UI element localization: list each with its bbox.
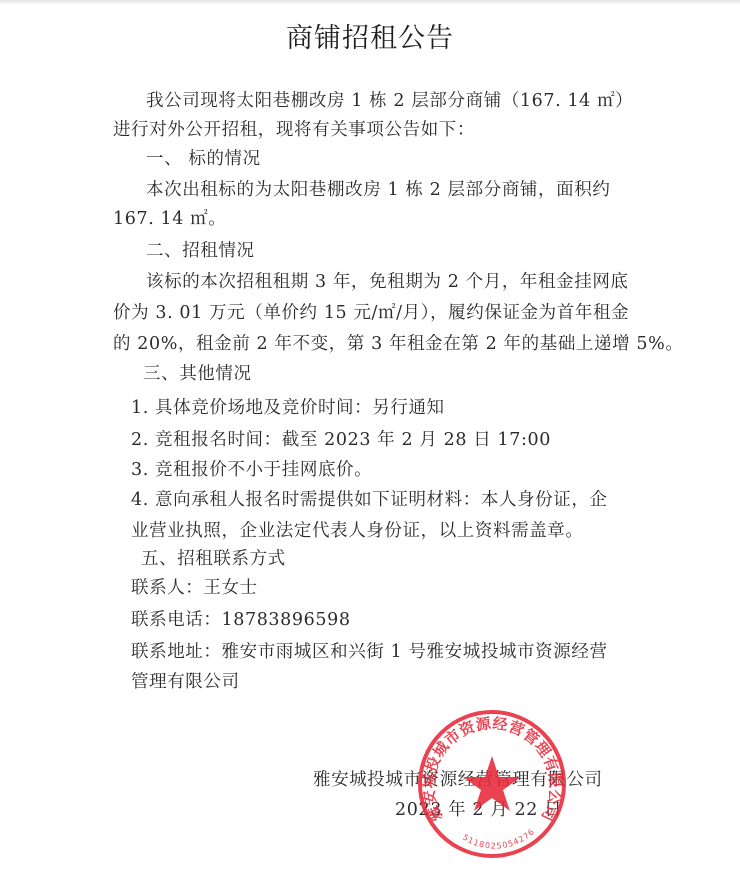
section-3-item-4-cont: 业营业执照，企业法定代表人身份证，以上资料需盖章。 <box>131 517 584 542</box>
contact-address-line-2: 管理有限公司 <box>131 668 240 693</box>
section-3-item-1: 1. 具体竞价场地及竞价时间：另行通知 <box>131 394 445 419</box>
section-1-line-1: 本次出租标的为太阳巷棚改房 1 栋 2 层部分商铺，面积约 <box>146 176 610 201</box>
contact-person: 联系人：王女士 <box>131 574 258 599</box>
section-3-item-4: 4. 意向承租人报名时需提供如下证明材料：本人身份证，企 <box>131 486 608 511</box>
announcement-document: 商铺招租公告 我公司现将太阳巷棚改房 1 栋 2 层部分商铺（167. 14 ㎡… <box>0 0 740 876</box>
intro-line-2: 进行对外公开招租，现将有关事项公告如下： <box>113 116 475 141</box>
contact-phone: 联系电话：18783896598 <box>131 606 351 631</box>
section-5-heading: 五、招租联系方式 <box>141 545 286 570</box>
section-2-heading: 二、招租情况 <box>146 237 255 262</box>
section-2-line-1: 该标的本次招租租期 3 年，免租期为 2 个月，年租金挂网底 <box>146 268 629 293</box>
section-3-item-3: 3. 竞租报价不小于挂网底价。 <box>131 456 372 481</box>
section-3-item-2: 2. 竞租报名时间：截至 2023 年 2 月 28 日 17:00 <box>131 426 551 451</box>
section-1-line-2: 167. 14 ㎡。 <box>113 205 226 230</box>
contact-address-line-1: 联系地址：雅安市雨城区和兴街 1 号雅安城投城市资源经营 <box>131 638 608 663</box>
section-2-line-2: 价为 3. 01 万元（单价约 15 元/㎡/月），履约保证金为首年租金 <box>113 299 629 324</box>
section-1-heading: 一、 标的情况 <box>146 145 261 170</box>
intro-line-1: 我公司现将太阳巷棚改房 1 栋 2 层部分商铺（167. 14 ㎡） <box>146 87 633 112</box>
star-icon <box>463 756 521 811</box>
company-seal-stamp: 雅安城投城市资源经营管理有限公司 5118025054276 <box>416 708 568 860</box>
document-title: 商铺招租公告 <box>0 16 740 55</box>
section-3-heading: 三、其他情况 <box>143 360 252 385</box>
section-2-line-3: 的 20%，租金前 2 年不变，第 3 年租金在第 2 年的基础上递增 5%。 <box>113 330 683 355</box>
